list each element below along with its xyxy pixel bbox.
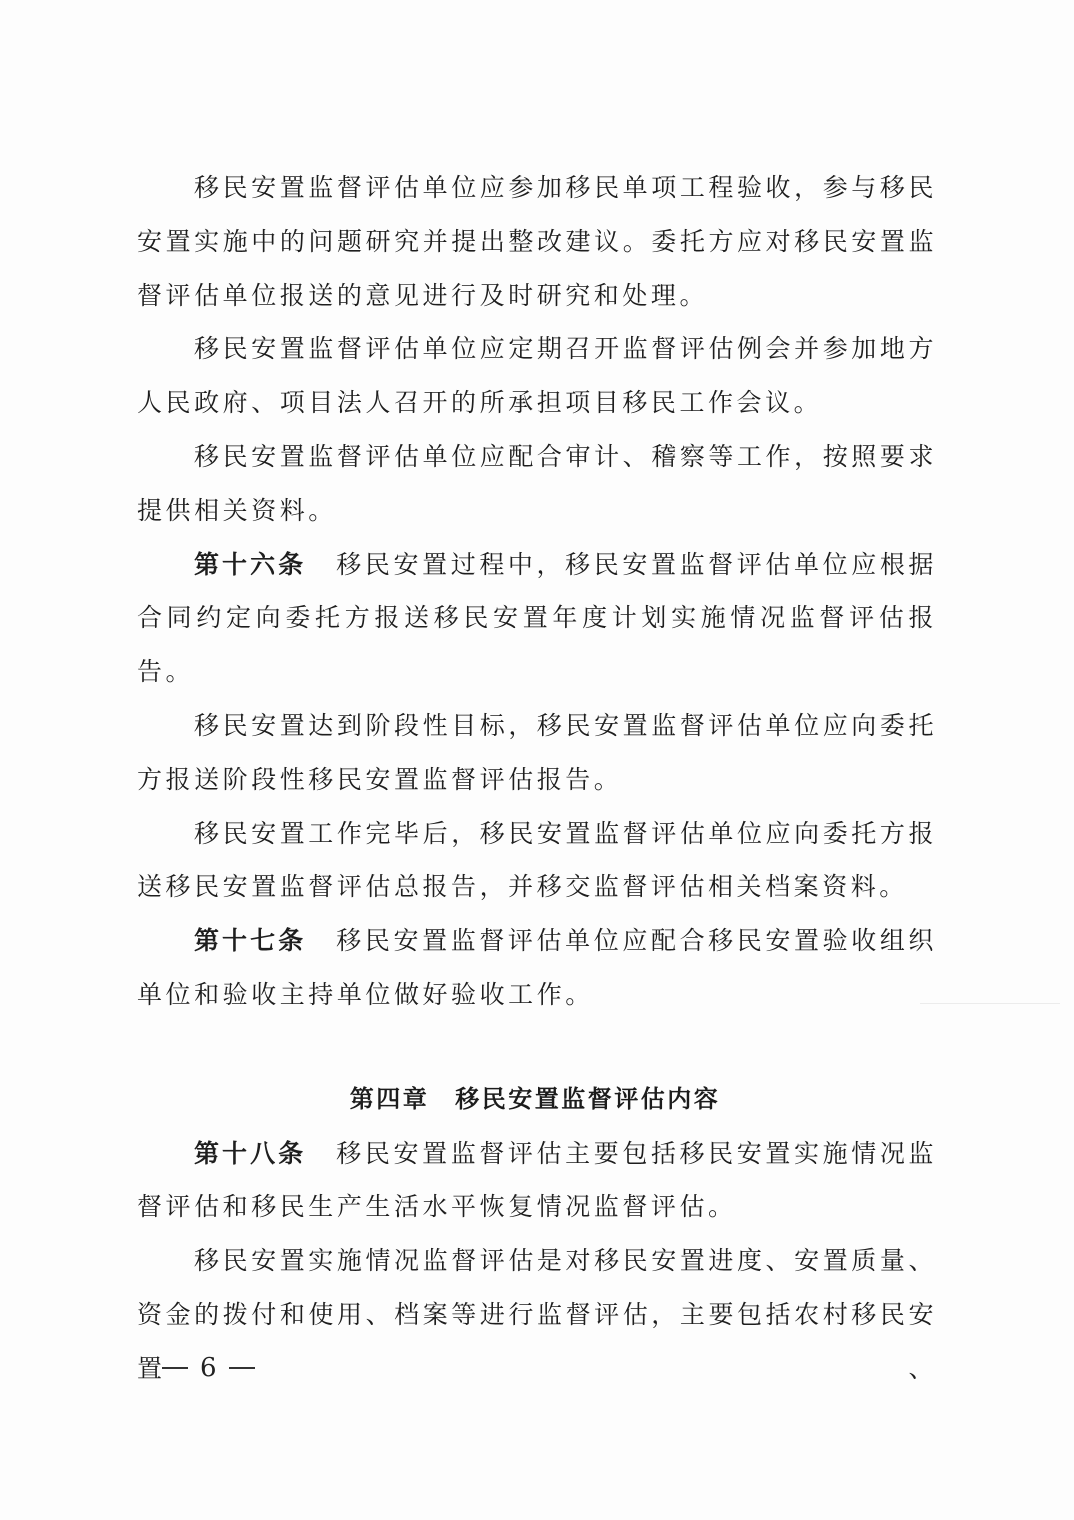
paragraph-audit-cooperation: 移民安置监督评估单位应配合审计、稽察等工作，按照要求提供相关资料。: [137, 430, 937, 538]
page-number: 6: [162, 1353, 255, 1383]
chapter-number: 第四章: [350, 1085, 430, 1113]
scan-artifact: [920, 1003, 1060, 1004]
paragraph-regular-meetings: 移民安置监督评估单位应定期召开监督评估例会并参加地方人民政府、项目法人召开的所承…: [137, 322, 937, 430]
page-number-right-dash: [229, 1367, 255, 1369]
page-number-value: 6: [200, 1353, 217, 1383]
page-number-left-dash: [162, 1367, 188, 1369]
article-number: 第十六条: [194, 550, 306, 579]
paragraph-implementation-evaluation: 移民安置实施情况监督评估是对移民安置进度、安置质量、资金的拨付和使用、档案等进行…: [137, 1234, 937, 1395]
chapter-spacer: [137, 1022, 937, 1073]
paragraph-final-report: 移民安置工作完毕后，移民安置监督评估单位应向委托方报送移民安置监督评估总报告，并…: [137, 807, 937, 915]
chapter-heading: 第四章移民安置监督评估内容: [137, 1073, 937, 1127]
paragraph-acceptance-participation: 移民安置监督评估单位应参加移民单项工程验收，参与移民安置实施中的问题研究并提出整…: [137, 161, 937, 322]
paragraph-stage-report: 移民安置达到阶段性目标，移民安置监督评估单位应向委托方报送阶段性移民安置监督评估…: [137, 699, 937, 807]
article-number: 第十八条: [194, 1139, 306, 1168]
article-number: 第十七条: [194, 926, 306, 955]
article-18: 第十八条移民安置监督评估主要包括移民安置实施情况监督评估和移民生产生活水平恢复情…: [137, 1127, 937, 1235]
document-page: 移民安置监督评估单位应参加移民单项工程验收，参与移民安置实施中的问题研究并提出整…: [0, 0, 1074, 1520]
article-16: 第十六条移民安置过程中，移民安置监督评估单位应根据合同约定向委托方报送移民安置年…: [137, 538, 937, 699]
chapter-title-text: 移民安置监督评估内容: [455, 1085, 720, 1113]
article-17: 第十七条移民安置监督评估单位应配合移民安置验收组织单位和验收主持单位做好验收工作…: [137, 914, 937, 1022]
document-body: 移民安置监督评估单位应参加移民单项工程验收，参与移民安置实施中的问题研究并提出整…: [137, 161, 937, 1396]
